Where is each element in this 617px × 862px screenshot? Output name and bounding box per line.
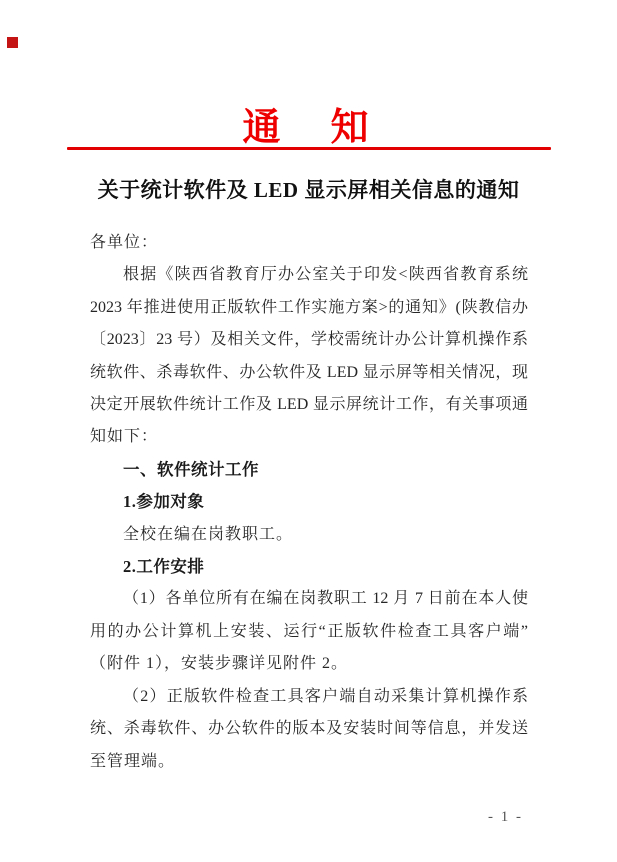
- body-line: 至管理端。: [90, 746, 528, 778]
- body-line: （1）各单位所有在编在岗教职工 12 月 7 日前在本人使: [90, 583, 528, 615]
- document-title: 关于统计软件及 LED 显示屏相关信息的通知: [0, 174, 617, 204]
- body-line: 2023 年推进使用正版软件工作实施方案>的通知》(陕教信办: [90, 292, 528, 324]
- body-line: 知如下：: [90, 421, 528, 453]
- body-line: 决定开展软件统计工作及 LED 显示屏统计工作，有关事项通: [90, 389, 528, 421]
- document-page: 通 知 关于统计软件及 LED 显示屏相关信息的通知 各单位： 根据《陕西省教育…: [0, 0, 617, 862]
- red-divider-line: [67, 147, 551, 150]
- body-line: 〔2023〕23 号）及相关文件，学校需统计办公计算机操作系: [90, 324, 528, 356]
- salutation-line: 各单位：: [90, 227, 528, 259]
- body-line: 用的办公计算机上安装、运行“正版软件检查工具客户端”: [90, 616, 528, 648]
- subsection-heading-2: 2.工作安排: [90, 551, 528, 583]
- document-body: 各单位： 根据《陕西省教育厅办公室关于印发<陕西省教育系统 2023 年推进使用…: [90, 227, 528, 778]
- body-line: 统软件、杀毒软件、办公软件及 LED 显示屏等相关情况，现: [90, 357, 528, 389]
- section-heading-1: 一、软件统计工作: [90, 454, 528, 486]
- subsection-heading-1: 1.参加对象: [90, 486, 528, 518]
- body-line: 统、杀毒软件、办公软件的版本及安装时间等信息，并发送: [90, 713, 528, 745]
- notice-title: 通 知: [0, 96, 617, 151]
- red-stamp-mark: [7, 37, 18, 48]
- body-line: （附件 1），安装步骤详见附件 2。: [90, 648, 528, 680]
- body-line: 根据《陕西省教育厅办公室关于印发<陕西省教育系统: [90, 259, 528, 291]
- body-line: （2）正版软件检查工具客户端自动采集计算机操作系: [90, 681, 528, 713]
- page-number: - 1 -: [488, 809, 523, 826]
- body-line: 全校在编在岗教职工。: [90, 519, 528, 551]
